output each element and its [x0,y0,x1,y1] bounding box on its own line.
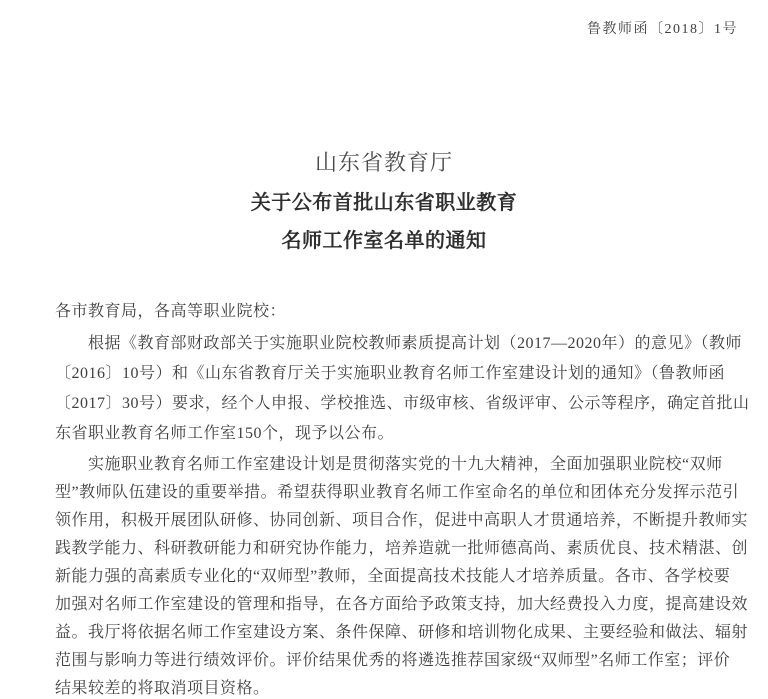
body-line: 东省职业教育名师工作室150个，现予以公布。 [55,419,747,449]
body-line: 领作用，积极开展团队研修、协同创新、项目合作，促进中高职人才贯通培养，不断提升教… [55,507,747,535]
issuer-name: 山东省教育厅 [0,146,768,177]
body-line: 加强对名师工作室建设的管理和指导，在各方面给予政策支持，加大经费投入力度，提高建… [55,591,747,619]
paragraph: 实施职业教育名师工作室建设计划是贯彻落实党的十九大精神，全面加强职业院校“双师型… [55,451,747,699]
document-page: 鲁教师函〔2018〕1号 山东省教育厅 关于公布首批山东省职业教育 名师工作室名… [0,0,768,699]
doc-number: 鲁教师函〔2018〕1号 [587,18,738,38]
body-line: 根据《教育部财政部关于实施职业院校教师素质提高计划（2017—2020年）的意见… [55,329,747,359]
body-line: 〔2016〕10号）和《山东省教育厅关于实施职业教育名师工作室建设计划的通知》（… [55,359,747,389]
notice-title-line-2: 名师工作室名单的通知 [0,224,768,253]
body-line: 益。我厅将依据名师工作室建设方案、条件保障、研修和培训物化成果、主要经验和做法、… [55,619,747,647]
body-line: 结果较差的将取消项目资格。 [55,675,747,699]
body-line: 新能力强的高素质专业化的“双师型”教师，全面提高技术技能人才培养质量。各市、各学… [55,563,747,591]
body-line: 践教学能力、科研教研能力和研究协作能力，培养造就一批师德高尚、素质优良、技术精湛… [55,535,747,563]
body-line: 型”教师队伍建设的重要举措。希望获得职业教育名师工作室命名的单位和团体充分发挥示… [55,479,747,507]
body-line: 实施职业教育名师工作室建设计划是贯彻落实党的十九大精神，全面加强职业院校“双师 [55,451,747,479]
body-line: 〔2017〕30号）要求，经个人申报、学校推选、市级审核、省级评审、公示等程序，… [55,389,747,419]
body-line: 范围与影响力等进行绩效评价。评价结果优秀的将遴选推荐国家级“双师型”名师工作室；… [55,647,747,675]
notice-body: 各市教育局，各高等职业院校： 根据《教育部财政部关于实施职业院校教师素质提高计划… [55,297,747,699]
notice-title-line-1: 关于公布首批山东省职业教育 [0,186,768,215]
paragraph: 根据《教育部财政部关于实施职业院校教师素质提高计划（2017—2020年）的意见… [55,329,747,449]
body-paragraphs: 根据《教育部财政部关于实施职业院校教师素质提高计划（2017—2020年）的意见… [55,329,747,699]
salutation: 各市教育局，各高等职业院校： [55,297,747,327]
